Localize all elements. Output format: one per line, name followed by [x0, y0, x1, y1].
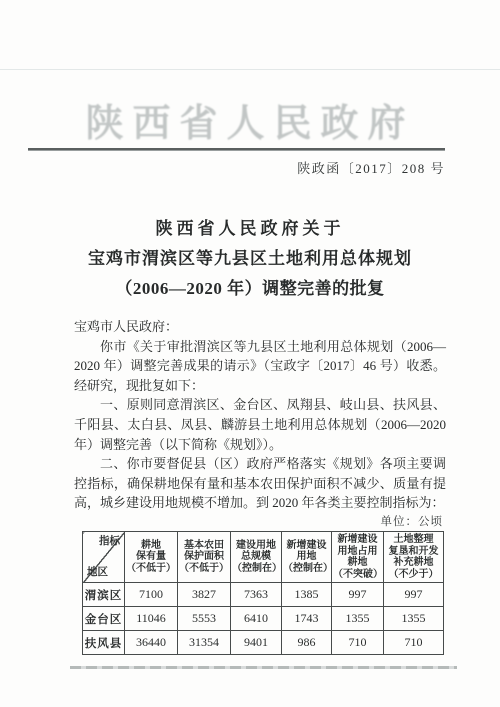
- salutation: 宝鸡市人民政府：: [74, 317, 446, 337]
- value-cell: 31354: [178, 631, 231, 655]
- scan-artifact-line: [0, 69, 500, 70]
- value-cell: 1355: [384, 607, 444, 631]
- title-line-3: （2006—2020 年）调整完善的批复: [0, 274, 500, 304]
- value-cell: 1385: [282, 583, 332, 607]
- paragraph-item-2: 二、你市要督促县（区）政府严格落实《规划》各项主要调控指标，确保耕地保有量和基本…: [74, 454, 446, 513]
- value-cell: 3827: [178, 583, 231, 607]
- value-cell: 986: [282, 631, 332, 655]
- table-corner-cell: 指标 地区: [83, 532, 125, 583]
- paragraph-item-1: 一、原则同意渭滨区、金台区、凤翔县、岐山县、扶风县、千阳县、太白县、凤县、麟游县…: [74, 395, 446, 454]
- column-header-reclaimed-land: 土地整理 复垦和开发 补充耕地 （不少于）: [384, 532, 444, 583]
- document-title: 陕西省人民政府关于 宝鸡市渭滨区等九县区土地利用总体规划 （2006—2020 …: [0, 214, 500, 304]
- column-header-cultivated-land: 耕地 保有量 （不低于）: [125, 532, 178, 583]
- region-cell: 金台区: [83, 607, 125, 631]
- value-cell: 9401: [231, 631, 282, 655]
- value-cell: 997: [384, 583, 444, 607]
- table-row-jintai: 金台区 11046 5553 6410 1743 1355 1355: [83, 607, 444, 631]
- value-cell: 11046: [125, 607, 178, 631]
- letterhead-title: 陕西省人民政府: [0, 92, 500, 147]
- column-header-construction-land: 建设用地 总规模 （控制在）: [231, 532, 282, 583]
- value-cell: 36440: [125, 631, 178, 655]
- value-cell: 7100: [125, 583, 178, 607]
- value-cell: 710: [384, 631, 444, 655]
- table-unit-note: 单位：公顷: [381, 513, 444, 529]
- value-cell: 710: [332, 631, 384, 655]
- title-line-2: 宝鸡市渭滨区等九县区土地利用总体规划: [0, 244, 500, 274]
- document-number: 陕政函〔2017〕208 号: [297, 158, 445, 177]
- document-page: 陕西省人民政府 陕政函〔2017〕208 号 陕西省人民政府关于 宝鸡市渭滨区等…: [0, 0, 500, 707]
- value-cell: 7363: [231, 583, 282, 607]
- table-row-weibin: 渭滨区 7100 3827 7363 1385 997 997: [83, 583, 444, 607]
- region-cell: 渭滨区: [83, 583, 125, 607]
- column-header-occupied-cultivated: 新增建设 用地占用 耕地 （不突破）: [332, 532, 384, 583]
- corner-label-region: 地区: [87, 567, 108, 579]
- paragraph-request: 你市《关于审批渭滨区等九县区土地利用总体规划（2006—2020 年）调整完善成…: [74, 337, 446, 396]
- value-cell: 6410: [231, 607, 282, 631]
- corner-label-indicator: 指标: [99, 536, 120, 548]
- column-header-basic-farmland: 基本农田 保护面积 （不低于）: [178, 532, 231, 583]
- column-header-new-construction: 新增建设 用地 （控制在）: [282, 532, 332, 583]
- value-cell: 1743: [282, 607, 332, 631]
- table-header-row: 指标 地区 耕地 保有量 （不低于） 基本农田 保护面积 （不低于） 建设用地 …: [83, 532, 444, 583]
- scan-artifact-smudge: [70, 666, 457, 669]
- region-cell: 扶风县: [83, 631, 125, 655]
- value-cell: 5553: [178, 607, 231, 631]
- table-row-fufeng: 扶风县 36440 31354 9401 986 710 710: [83, 631, 444, 655]
- document-body: 宝鸡市人民政府： 你市《关于审批渭滨区等九县区土地利用总体规划（2006—202…: [74, 317, 446, 513]
- value-cell: 997: [332, 583, 384, 607]
- value-cell: 1355: [332, 607, 384, 631]
- title-line-1: 陕西省人民政府关于: [0, 214, 500, 244]
- indicators-table: 指标 地区 耕地 保有量 （不低于） 基本农田 保护面积 （不低于） 建设用地 …: [82, 531, 444, 655]
- header-divider: [28, 148, 445, 151]
